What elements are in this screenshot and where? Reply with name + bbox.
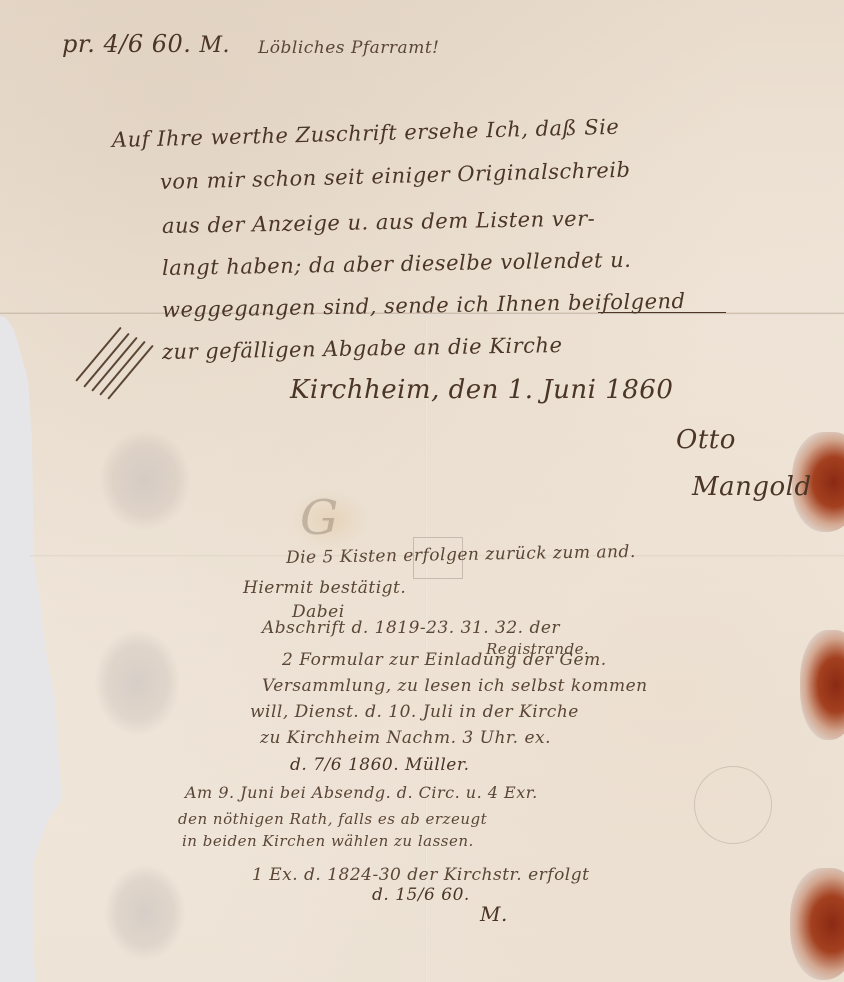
reply-line-7: Versammlung, zu lesen ich selbst kommen xyxy=(262,676,648,696)
wax-seal-remnant-middle xyxy=(800,630,844,740)
reply-line-14: 1 Ex. d. 1824-30 der Kirchstr. erfolgt xyxy=(252,865,589,885)
reply-line-8: will, Dienst. d. 10. Juli in der Kirche xyxy=(250,702,579,722)
reply-line-2: Hiermit bestätigt. xyxy=(243,578,406,598)
faint-bleedthrough-mark: G xyxy=(300,490,339,546)
signature-first-name: Otto xyxy=(676,425,736,455)
ink-smudge xyxy=(105,865,185,960)
faint-postmark-circle xyxy=(694,766,772,844)
ink-smudge xyxy=(95,630,180,735)
signature-last-name: Mangold xyxy=(692,472,812,502)
reply-line-12: den nöthigen Rath, falls es ab erzeugt xyxy=(178,810,487,828)
reply-line-10: d. 7/6 1860. Müller. xyxy=(290,755,469,775)
wax-seal-remnant-bottom xyxy=(790,868,844,980)
reply-line-9: zu Kirchheim Nachm. 3 Uhr. ex. xyxy=(260,728,551,748)
reply-line-6: 2 Formular zur Einladung der Gem. xyxy=(282,650,607,670)
reply-line-15: d. 15/6 60. xyxy=(372,885,470,905)
reply-line-13: in beiden Kirchen wählen zu lassen. xyxy=(182,832,474,850)
reply-line-4: Abschrift d. 1819-23. 31. 32. der xyxy=(262,618,560,638)
place-date: Kirchheim, den 1. Juni 1860 xyxy=(290,375,673,405)
margin-hatch-marks xyxy=(72,330,152,390)
underline-beifolgend xyxy=(598,312,726,313)
reference-note: pr. 4/6 60. M. xyxy=(62,30,230,58)
reply-line-11: Am 9. Juni bei Absendg. d. Circ. u. 4 Ex… xyxy=(185,783,538,802)
salutation: Löbliches Pfarramt! xyxy=(258,38,439,58)
ink-smudge xyxy=(100,430,190,530)
reply-line-16: M. xyxy=(480,902,508,926)
